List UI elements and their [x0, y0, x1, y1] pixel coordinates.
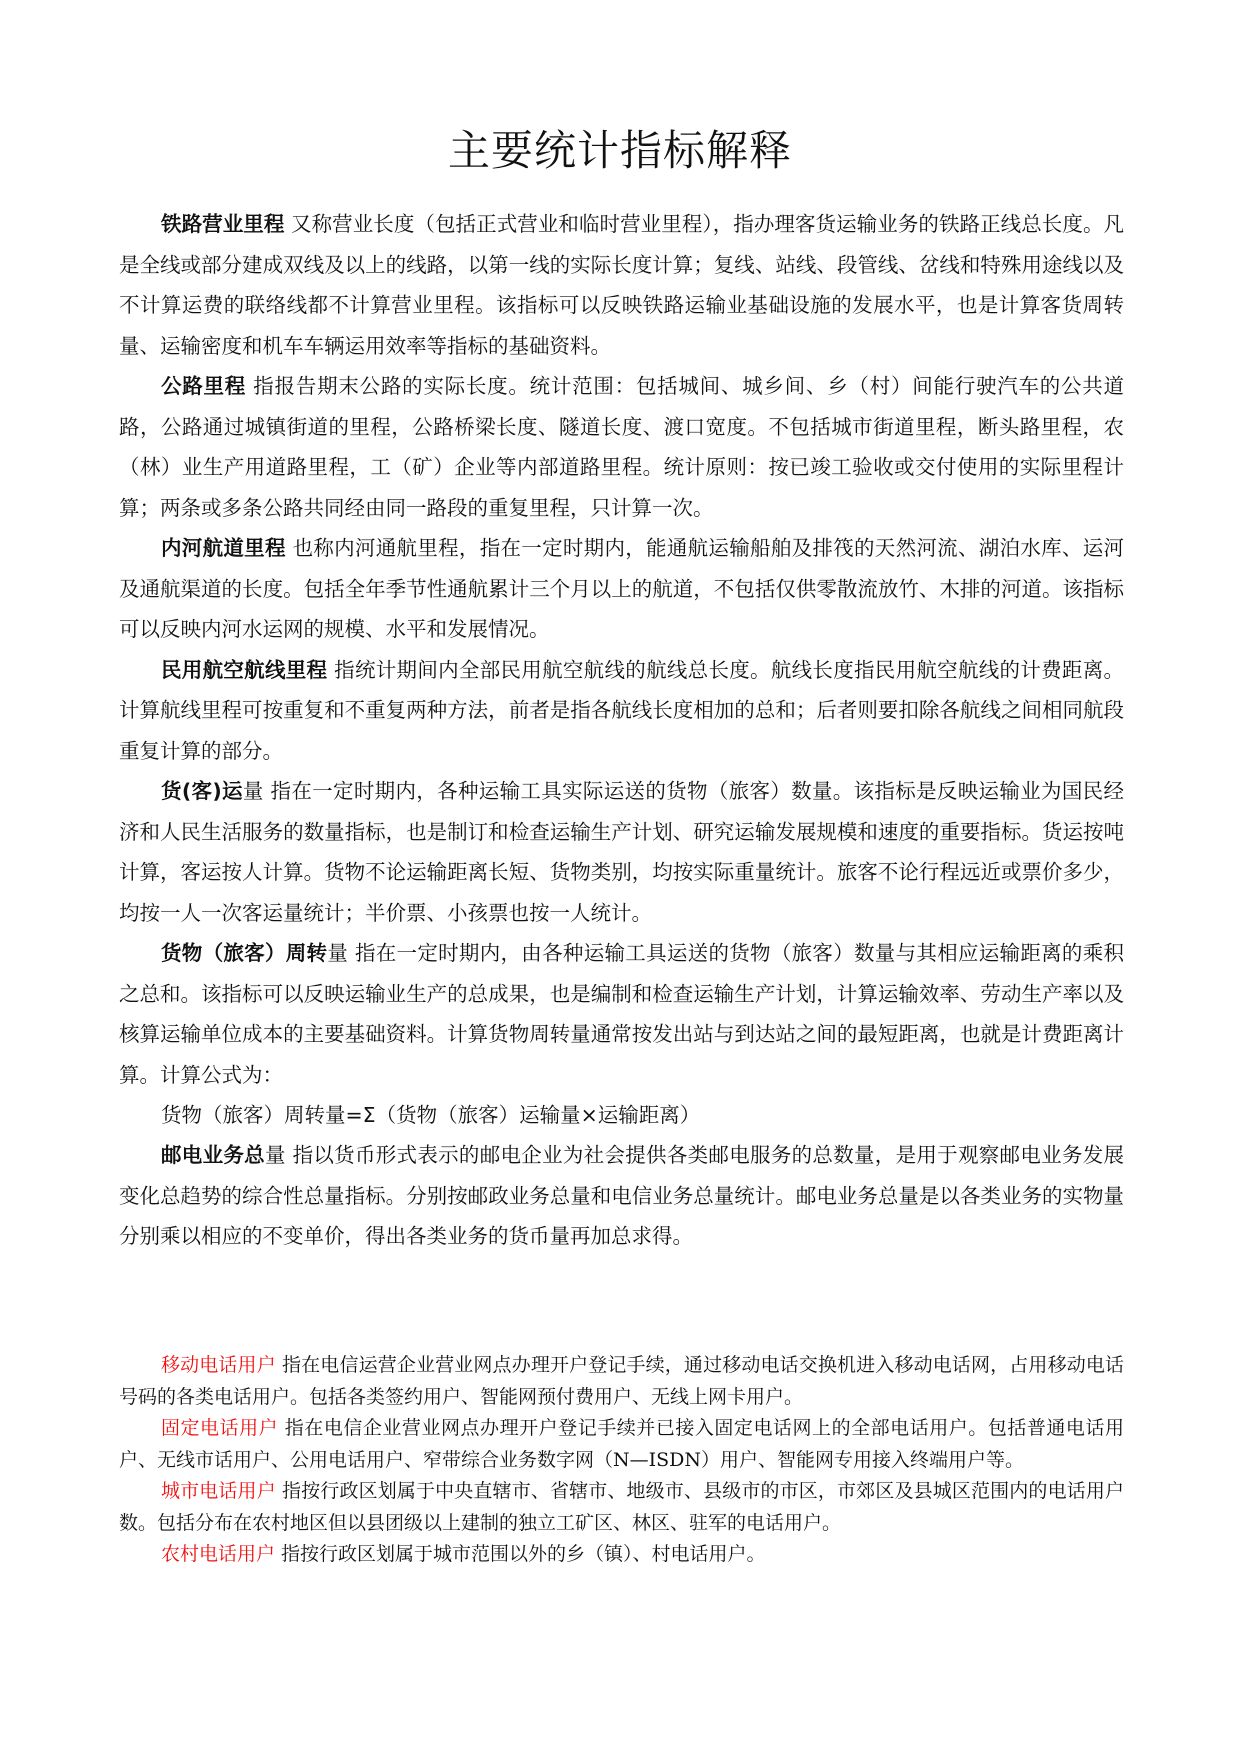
term-label-tail: 量 — [265, 1143, 286, 1167]
definition-text: 指在一定时期内，各种运输工具实际运送的货物（旅客）数量。该指标是反映运输业为国民… — [119, 779, 1124, 925]
term-label: 铁路营业里程 — [161, 212, 284, 236]
term-label: 货物（旅客）周转 — [161, 941, 327, 965]
term-label-tail: 量 — [243, 779, 264, 803]
term-label: 城市电话用户 — [161, 1480, 276, 1502]
term-label: 农村电话用户 — [161, 1543, 275, 1565]
term-label: 邮电业务总 — [161, 1143, 265, 1167]
definition-railway-mileage: 铁路营业里程 又称营业长度（包括正式营业和临时营业里程），指办理客货运输业务的铁… — [119, 204, 1124, 366]
definition-rural-phone-users: 农村电话用户 指按行政区划属于城市范围以外的乡（镇）、村电话用户。 — [119, 1539, 1124, 1571]
definition-urban-phone-users: 城市电话用户 指按行政区划属于中央直辖市、省辖市、地级市、县级市的市区，市郊区及… — [119, 1476, 1124, 1539]
definition-mobile-phone-users: 移动电话用户 指在电信运营企业营业网点办理开户登记手续，通过移动电话交换机进入移… — [119, 1350, 1124, 1413]
definition-highway-mileage: 公路里程 指报告期末公路的实际长度。统计范围：包括城间、城乡间、乡（村）间能行驶… — [119, 366, 1124, 528]
definition-civil-aviation-mileage: 民用航空航线里程 指统计期间内全部民用航空航线的航线总长度。航线长度指民用航空航… — [119, 650, 1124, 772]
definition-text: 指按行政区划属于城市范围以外的乡（镇）、村电话用户。 — [275, 1543, 766, 1565]
turnover-formula: 货物（旅客）周转量=Σ（货物（旅客）运输量×运输距离） — [119, 1095, 1124, 1135]
term-label: 固定电话用户 — [161, 1417, 278, 1439]
term-label: 内河航道里程 — [161, 536, 286, 560]
document-page: 主要统计指标解释 铁路营业里程 又称营业长度（包括正式营业和临时营业里程），指办… — [0, 0, 1240, 1754]
definition-turnover-volume: 货物（旅客）周转量 指在一定时期内，由各种运输工具运送的货物（旅客）数量与其相应… — [119, 933, 1124, 1095]
term-label: 民用航空航线里程 — [161, 658, 327, 682]
term-label-tail: 量 — [327, 941, 348, 965]
page-title: 主要统计指标解释 — [0, 118, 1240, 178]
definition-inland-waterway-mileage: 内河航道里程 也称内河通航里程，指在一定时期内，能通航运输船舶及排筏的天然河流、… — [119, 528, 1124, 650]
term-label: 移动电话用户 — [161, 1354, 276, 1376]
definition-postal-telecom-volume: 邮电业务总量 指以货币形式表示的邮电企业为社会提供各类邮电服务的总数量，是用于观… — [119, 1135, 1124, 1257]
definition-freight-passenger-volume: 货(客)运量 指在一定时期内，各种运输工具实际运送的货物（旅客）数量。该指标是反… — [119, 771, 1124, 933]
term-label: 货(客)运 — [161, 779, 243, 803]
definition-text: 指报告期末公路的实际长度。统计范围：包括城间、城乡间、乡（村）间能行驶汽车的公共… — [119, 374, 1124, 520]
telecom-definitions: 移动电话用户 指在电信运营企业营业网点办理开户登记手续，通过移动电话交换机进入移… — [119, 1350, 1124, 1571]
definition-fixed-phone-users: 固定电话用户 指在电信企业营业网点办理开户登记手续并已接入固定电话网上的全部电话… — [119, 1413, 1124, 1476]
main-definitions: 铁路营业里程 又称营业长度（包括正式营业和临时营业里程），指办理客货运输业务的铁… — [119, 204, 1124, 1257]
term-label: 公路里程 — [161, 374, 246, 398]
